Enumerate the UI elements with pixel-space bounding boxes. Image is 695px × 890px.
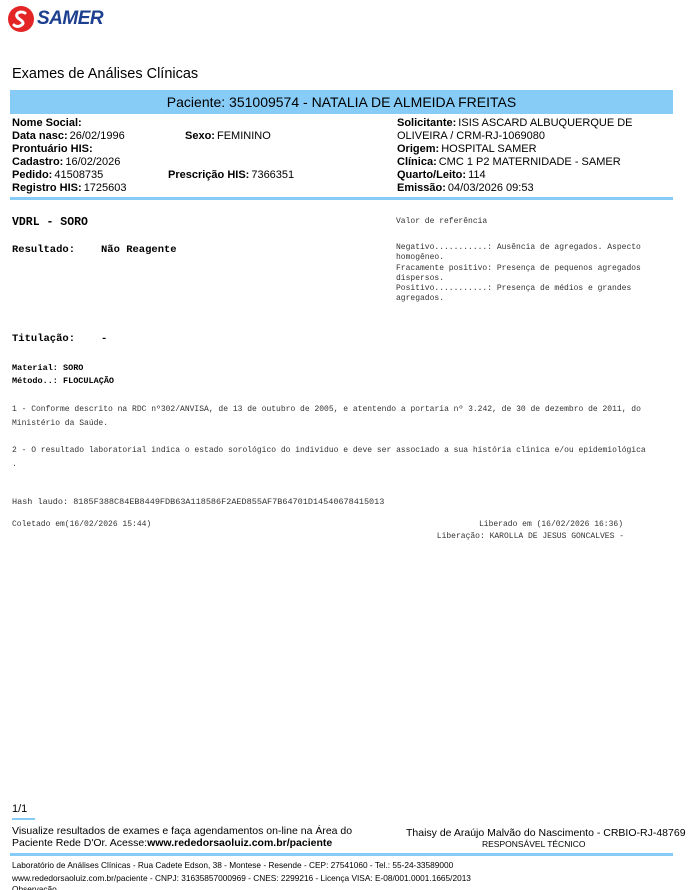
cadastro-row: Cadastro: 16/02/2026 <box>12 156 127 169</box>
reference-values: Negativo...........: Ausência de agregad… <box>396 243 666 305</box>
clinica-label: Clínica: <box>397 156 437 169</box>
lab-registration: www.rededorsaoluiz.com.br/paciente - CNP… <box>12 872 471 885</box>
sexo-label: Sexo: <box>185 130 215 142</box>
header-divider <box>10 197 673 200</box>
patient-banner: Paciente: 351009574 - NATALIA DE ALMEIDA… <box>10 90 673 114</box>
nome-social-label: Nome Social: <box>12 117 82 130</box>
registro-value: 1725603 <box>84 182 127 195</box>
report-hash: Hash laudo: 8185F388C84EB8449FDB63A11858… <box>12 497 384 507</box>
emissao-label: Emissão: <box>397 182 446 195</box>
page-number: 1/1 <box>12 803 27 815</box>
lab-address: Laboratório de Análises Clínicas - Rua C… <box>12 859 471 872</box>
solicitante-label: Solicitante: <box>397 117 456 129</box>
quarto-label: Quarto/Leito: <box>397 169 466 182</box>
prescricao-field: Prescrição HIS:7366351 <box>168 169 294 182</box>
emissao-row: Emissão: 04/03/2026 09:53 <box>397 182 667 195</box>
origem-value: HOSPITAL SAMER <box>441 143 536 156</box>
footer-divider <box>10 853 673 856</box>
exam-name: VDRL - SORO <box>12 216 88 229</box>
registro-label: Registro HIS: <box>12 182 82 195</box>
titulacao-value: - <box>101 333 107 345</box>
prescricao-label: Prescrição HIS: <box>168 169 249 181</box>
pedido-row: Pedido: 41508735 Prescrição HIS:7366351 <box>12 169 127 182</box>
quarto-value: 114 <box>468 169 486 182</box>
reference-title: Valor de referência <box>396 217 487 226</box>
samer-swoosh-icon <box>8 6 34 32</box>
registro-row: Registro HIS: 1725603 <box>12 182 127 195</box>
portal-link[interactable]: www.rededorsaoluiz.com.br/paciente <box>147 837 332 849</box>
released-at: Liberado em (16/02/2026 16:36) <box>479 520 623 529</box>
released-by: Liberação: KAROLLA DE JESUS GONCALVES - <box>437 532 624 541</box>
clinica-value: CMC 1 P2 MATERNIDADE - SAMER <box>439 156 621 169</box>
portal-notice: Visualize resultados de exames e faça ag… <box>12 825 372 849</box>
note-2-trailer: . <box>12 458 652 472</box>
request-info: Solicitante:ISIS ASCARD ALBUQUERQUE DE O… <box>397 117 667 195</box>
origem-row: Origem: HOSPITAL SAMER <box>397 143 667 156</box>
responsible-name: Thaisy de Araújo Malvão do Nascimento - … <box>406 827 686 839</box>
origem-label: Origem: <box>397 143 439 156</box>
page-number-underline <box>12 818 35 820</box>
prontuario-label: Prontuário HIS: <box>12 143 93 156</box>
quarto-row: Quarto/Leito: 114 <box>397 169 667 182</box>
responsible-title: RESPONSÁVEL TÉCNICO <box>482 839 585 849</box>
result-value: Não Reagente <box>101 244 177 256</box>
note-1: 1 - Conforme descrito na RDC nº302/ANVIS… <box>12 403 652 430</box>
lab-info: Laboratório de Análises Clínicas - Rua C… <box>12 859 471 884</box>
prontuario-row: Prontuário HIS: <box>12 143 127 156</box>
titulacao-label: Titulação: <box>12 333 75 345</box>
material: Material: SORO <box>12 362 114 375</box>
pedido-value: 41508735 <box>54 169 103 182</box>
data-nasc-row: Data nasc: 26/02/1996 Sexo:FEMININO <box>12 130 127 143</box>
cadastro-label: Cadastro: <box>12 156 63 169</box>
emissao-value: 04/03/2026 09:53 <box>448 182 534 195</box>
data-nasc-label: Data nasc: <box>12 130 68 143</box>
cadastro-value: 16/02/2026 <box>65 156 120 169</box>
samer-logo: SAMER <box>8 6 103 32</box>
sexo-value: FEMININO <box>217 130 271 142</box>
solicitante-row: Solicitante:ISIS ASCARD ALBUQUERQUE DE O… <box>397 117 667 143</box>
brand-name: SAMER <box>37 8 103 30</box>
material-method: Material: SORO Método..: FLOCULAÇÃO <box>12 362 114 388</box>
collected-at: Coletado em(16/02/2026 15:44) <box>12 520 151 529</box>
note-2: 2 - O resultado laboratorial indica o es… <box>12 444 652 471</box>
metodo: Método..: FLOCULAÇÃO <box>12 375 114 388</box>
document-title: Exames de Análises Clínicas <box>12 66 198 82</box>
pedido-label: Pedido: <box>12 169 52 182</box>
result-label: Resultado: <box>12 244 75 256</box>
nome-social-row: Nome Social: <box>12 117 127 130</box>
patient-info: Nome Social: Data nasc: 26/02/1996 Sexo:… <box>12 117 127 195</box>
data-nasc-value: 26/02/1996 <box>70 130 125 143</box>
observation-label: Observação <box>12 884 57 890</box>
prescricao-value: 7366351 <box>251 169 294 181</box>
note-2-text: 2 - O resultado laboratorial indica o es… <box>12 444 652 458</box>
sexo-field: Sexo:FEMININO <box>185 130 271 143</box>
clinica-row: Clínica: CMC 1 P2 MATERNIDADE - SAMER <box>397 156 667 169</box>
